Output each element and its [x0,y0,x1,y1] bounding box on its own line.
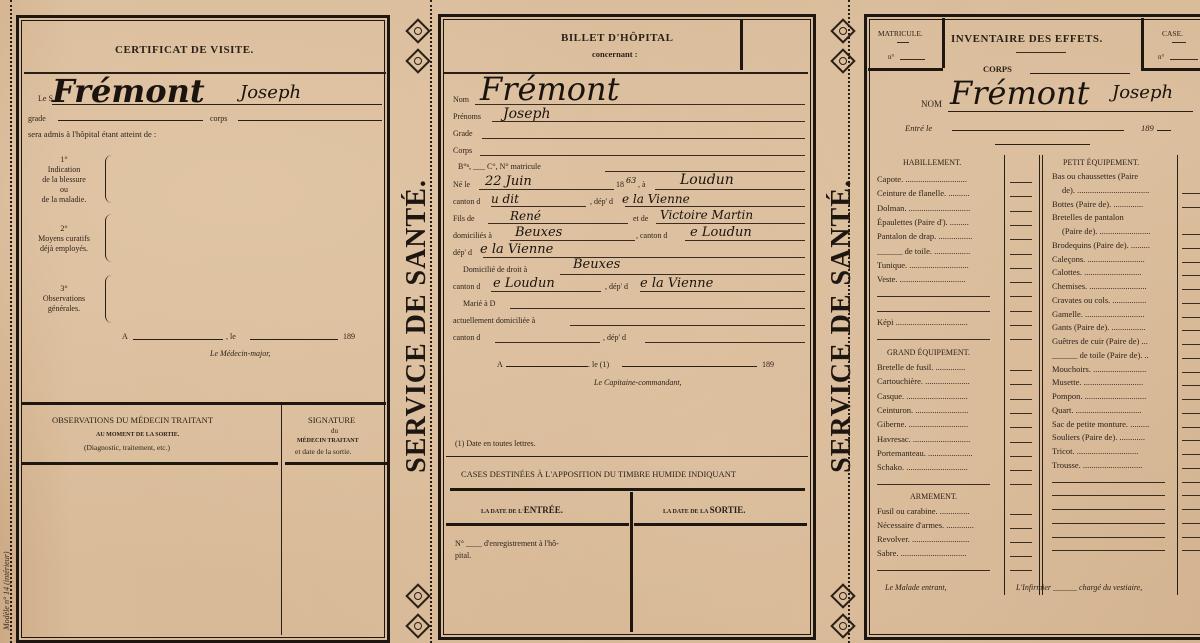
date-line [622,366,757,367]
name-line [52,104,382,105]
year-prefix: 18 [616,181,624,189]
billet-title: BILLET D'HÔPITAL [561,33,673,44]
inventory-item-label: Chemises. ........................... [1052,282,1147,291]
section-line: de la blessure [25,175,103,185]
quantity-line [1182,234,1200,235]
quantity-line [1182,289,1200,290]
corps-label: Corps [453,147,472,155]
inventory-item-label: (Paire de). ........................ [1062,227,1151,236]
canton4-line [495,342,600,343]
blank-item-line [877,311,990,312]
quantity-line [1010,384,1032,385]
domicilies-line [510,240,635,241]
section-num: 1° [25,155,103,165]
divider [446,523,629,526]
canton3-line [491,291,601,292]
ornament-icon [830,613,854,635]
quantity-line [1010,182,1032,183]
inventory-item-label: Sac de petite monture. ......... [1052,420,1149,429]
case-no: n° [1158,54,1164,61]
dept3-label: , dép' d [605,283,628,291]
divider [1141,68,1200,71]
quantity-line [1182,317,1200,318]
quantity-line [1010,399,1032,400]
inventory-item-label: Ceinturon. ......................... [877,406,968,415]
brace-1 [105,155,112,203]
inventory-item-label: Sabre. ............................... [877,549,966,558]
dept2-label: dép' d [453,249,472,257]
signature-title: SIGNATURE [308,416,355,425]
section-line: ou [25,185,103,195]
father-value: René [510,209,541,223]
quantity-line [1010,514,1032,515]
actuel-label: actuellement domiciliée à [453,317,535,325]
dept3-value: e la Vienne [640,276,713,291]
divider [1172,42,1186,43]
certificat-title: CERTIFICAT DE VISITE. [115,45,254,56]
canton4-label: canton d [453,334,480,342]
case-line [1170,59,1198,60]
matricule-no: n° [888,54,894,61]
divider [995,144,1090,145]
divider [634,523,807,526]
divider [1016,52,1066,53]
prenoms-label: Prénoms [453,113,481,121]
dept-label: , dép' d [590,198,613,206]
divider [22,462,278,465]
corps-label: corps [210,115,227,123]
blank-item-line [877,570,990,571]
matricule-label: B°ⁿ, ___ C°, N° matricule [458,163,541,171]
inventory-item-label: Musette. ............................ [1052,378,1143,387]
inventory-item-label: ______ de toile. ................. [877,247,970,256]
fils-label: Fils de [453,215,475,223]
quantity-line [1182,550,1200,551]
billet-subtitle: concernant : [592,50,638,59]
inventory-item-label: Pantalon de drap. ................ [877,232,972,241]
canton3-value: e Loudun [493,276,555,291]
inventory-item-label: Calottes. ........................... [1052,268,1141,277]
nom-value: Frémont [480,70,620,108]
matricule-line [900,59,925,60]
inventory-item-label: Schako. ............................. [877,463,968,472]
actuel-line [570,325,805,326]
signature-l2: du [331,428,338,435]
entre-line [952,130,1124,131]
nom-line [948,111,1193,112]
droit-label: Domicilié de droit à [463,266,527,274]
year-value: 63 [626,176,636,185]
et-de-label: et de [633,215,648,223]
quantity-line [1182,495,1200,496]
year-label: 189 [1141,124,1154,133]
exit-label-small: LA DATE DE LA [663,509,710,515]
case-label: CASE. [1162,30,1183,38]
inventory-item-label: Souliers (Paire de). ............ [1052,433,1145,442]
quantity-line [1010,456,1032,457]
section-num: 3° [25,284,103,294]
ornament-icon [830,48,854,70]
divider [868,68,943,71]
grade-label: grade [28,115,46,123]
observations-title: OBSERVATIONS DU MÉDECIN TRAITANT [52,416,213,425]
petit-equipement-title: PETIT ÉQUIPEMENT. [1063,159,1139,167]
quantity-line [1010,442,1032,443]
infirmier-label: L'Infirmier ______ chargé du vestiaire, [1016,584,1142,592]
divider [942,18,945,68]
section-line: déjà employés. [25,244,103,254]
blank-item-line [1052,550,1165,551]
quantity-line [1182,482,1200,483]
inventory-item-label: Nécessaire d'armes. ............. [877,521,974,530]
quantity-line [1010,570,1032,571]
section-2-label: 2° Moyens curatifs déjà employés. [25,224,103,254]
quantity-line [1010,325,1032,326]
signatory-label: Le Capitaine-commandant, [594,379,682,387]
spine-text: SERVICE DE SANTÉ. [826,74,858,579]
quantity-line [1010,296,1032,297]
inventory-item-label: Giberne. ............................ [877,420,968,429]
divider [1004,155,1005,595]
quantity-line [1182,358,1200,359]
blank-item-line [877,484,990,485]
ornament-icon [405,48,429,70]
inventaire-title: INVENTAIRE DES EFFETS. [951,34,1103,45]
inventory-item-label: Ceinture de flanelle. .......... [877,189,970,198]
quantity-line [1010,268,1032,269]
grade-line [482,138,805,139]
entre-label: Entré le [905,124,932,133]
dept2-value: e la Vienne [480,242,553,257]
inventory-item-label: Gamelle. ............................ [1052,310,1145,319]
year-label: 189 [762,361,774,369]
inventory-item-label: Cravates ou cols. ................ [1052,296,1146,305]
divider [740,20,743,70]
inventory-item-label: Dolman. ............................. [877,204,970,213]
section-line: de la maladie. [25,195,103,205]
quantity-line [1010,282,1032,283]
quantity-line [1182,372,1200,373]
quantity-line [1182,248,1200,249]
section-line: Indication [25,165,103,175]
divider [1141,18,1144,68]
matricule-label: MATRICULE. [878,30,923,38]
brace-3 [105,275,112,323]
brace-2 [105,214,112,262]
divider [446,456,808,457]
father-line [488,223,628,224]
a-label: , à [638,181,646,189]
registration-label: N° ____ d'enregistrement à l'hô- [455,540,559,548]
quantity-line [1010,339,1032,340]
section-1-label: 1° Indication de la blessure ou de la ma… [25,155,103,205]
place-prefix: A [122,333,128,341]
inventory-item-label: ______ de toile (Paire de). .. [1052,351,1149,360]
firstname-handwritten: Joseph [240,82,301,103]
divider [630,492,633,632]
quantity-line [1010,484,1032,485]
droit-value: Beuxes [573,257,620,272]
ne-line [479,189,614,190]
armement-title: ARMEMENT. [910,493,957,501]
inventory-item-label: Portemanteau. ..................... [877,449,973,458]
blank-item-line [1052,509,1165,510]
domicilies-label: domiciliés à [453,232,492,240]
footnote: (1) Date en toutes lettres. [455,440,536,448]
blank-item-line [877,339,990,340]
divider [281,405,282,635]
inventory-item-label: Casque. ............................. [877,392,968,401]
divider [1042,155,1043,595]
divider [450,488,805,491]
inventory-item-label: Épaulettes (Paire d'). ......... [877,218,969,227]
blank-item-line [1052,495,1165,496]
divider [285,462,387,465]
inventory-item-label: Gants (Paire de). ................ [1052,323,1145,332]
quantity-line [1010,413,1032,414]
divider [22,402,386,405]
dept-line [625,206,805,207]
grade-label: Grade [453,130,473,138]
fold-perforation [430,0,432,643]
nom-line [475,104,805,105]
section-line: générales. [25,304,103,314]
quantity-line [1010,196,1032,197]
quantity-line [1010,427,1032,428]
quantity-line [1010,211,1032,212]
quantity-line [1182,440,1200,441]
signature-l4: et date de la sortie. [295,448,351,456]
ornament-icon [830,583,854,605]
quantity-line [1182,262,1200,263]
observations-sub1: AU MOMENT DE LA SORTIE. [96,432,179,438]
inventory-item-label: Trousse. ............................ [1052,461,1142,470]
divider [1039,155,1040,595]
quantity-line [1182,413,1200,414]
entry-label-big: ENTRÉE. [524,505,563,515]
mother-value: Victoire Martin [660,208,753,222]
quantity-line [1010,254,1032,255]
inventory-item-label: Pompon. ............................. [1052,392,1146,401]
quantity-line [1182,468,1200,469]
droit-line [560,274,805,275]
corps-line [480,155,805,156]
corps-label: CORPS [983,65,1012,74]
dept-value: e la Vienne [622,192,690,206]
inventory-item-label: Tunique. ............................ [877,261,969,270]
admitted-label: sera admis à l'hôpital étant atteint de … [28,130,156,139]
place-line [133,339,223,340]
quantity-line [1182,399,1200,400]
year-line [1157,130,1171,131]
quantity-line [1010,225,1032,226]
divider [1177,155,1178,595]
inventory-item-label: de). .................................. [1062,186,1149,195]
quantity-line [1010,542,1032,543]
grand-equipement-title: GRAND ÉQUIPEMENT. [887,349,970,357]
section-line: Observations [25,294,103,304]
quantity-line [1182,509,1200,510]
inventory-item-label: Capote. ............................. [877,175,967,184]
canton2-line [685,240,805,241]
date-label: , le [226,333,236,341]
inventory-item-label: Bottes (Paire de). .............. [1052,200,1143,209]
quantity-line [1182,193,1200,194]
inventory-item-label: Havresac. ........................... [877,435,970,444]
section-3-label: 3° Observations générales. [25,284,103,314]
section-num: 2° [25,224,103,234]
year-label: 189 [343,333,355,341]
divider [897,42,909,43]
canton2-label: , canton d [636,232,667,240]
date-label: . le (1) [588,361,609,369]
domicilies-value: Beuxes [515,225,562,240]
inventory-item-label: Bretelle de fusil. .............. [877,363,965,372]
spine-text: SERVICE DE SANTÉ. [401,74,433,579]
registration-label2: pital. [455,552,471,560]
fold-perforation [848,0,850,643]
inventory-item-label: Veste. ............................... [877,275,966,284]
canton-line [491,206,586,207]
quantity-line [1010,556,1032,557]
entry-label-small: LA DATE DE L' [481,509,524,515]
inventory-item-label: Revolver. ........................... [877,535,969,544]
dept2-line [483,257,805,258]
ornament-icon [405,18,429,40]
entry-label: LA DATE DE L'ENTRÉE. [481,506,563,515]
malade-label: Le Malade entrant, [885,584,947,592]
canton3-label: canton d [453,283,480,291]
dept4-line [645,342,805,343]
ornament-icon [405,583,429,605]
canton2-value: e Loudun [690,225,752,240]
quantity-line [1010,239,1032,240]
blank-item-line [1052,523,1165,524]
inventory-item-label: Mouchoirs. ......................... [1052,365,1146,374]
blank-item-line [1052,537,1165,538]
quantity-line [1182,454,1200,455]
quantity-line [1010,311,1032,312]
quantity-line [1182,523,1200,524]
quantity-line [1182,344,1200,345]
quantity-line [1182,303,1200,304]
canton-label: canton d [453,198,480,206]
quantity-line [1182,385,1200,386]
ornament-icon [405,613,429,635]
quantity-line [1182,275,1200,276]
inventory-item-label: Képi .................................. [877,318,968,327]
observations-sub2: (Diagnostic, traitement, etc.) [84,444,170,452]
ne-value: 22 Juin [485,174,532,189]
inventory-item-label: Bretelles de pantalon [1052,213,1124,222]
exit-label-big: SORTIE. [710,505,746,515]
prenom-value: Joseph [1112,82,1173,103]
quantity-line [1010,528,1032,529]
signatory-label: Le Médecin-major, [210,350,270,358]
inventory-item-label: Cartouchière. ..................... [877,377,970,386]
nom-label: NOM [921,100,942,109]
spine-right: SERVICE DE SANTÉ. [822,14,862,639]
grade-line [58,120,203,121]
birthplace-value: Loudun [680,172,734,188]
quantity-line [1010,470,1032,471]
quantity-line [1010,370,1032,371]
inventory-item-label: Tricot. ............................. [1052,447,1138,456]
ornament-icon [830,18,854,40]
nom-label: Nom [453,96,469,104]
ne-label: Né le [453,181,470,189]
date-line [250,339,338,340]
canton-value: u dit [491,192,519,206]
place-prefix: A [497,361,503,369]
inventory-item-label: Brodequins (Paire de). ......... [1052,241,1150,250]
prenoms-value: Joseph [503,106,551,122]
exit-label: LA DATE DE LA SORTIE. [663,506,746,515]
inventory-item-label: Fusil ou carabine. .............. [877,507,970,516]
quantity-line [1182,207,1200,208]
quantity-line [1182,537,1200,538]
inventory-item-label: Guêtres de cuir (Paire de) ... [1052,337,1148,346]
section-line: Moyens curatifs [25,234,103,244]
quantity-line [1182,330,1200,331]
marie-label: Marié à D [463,300,495,308]
blank-item-line [877,296,990,297]
habillement-title: HABILLEMENT. [903,159,961,167]
nom-value: Frémont [950,74,1090,112]
prenoms-line [492,121,805,122]
signature-l3: MÉDECIN TRAITANT [297,438,359,444]
birthplace-line [655,189,805,190]
place-line [506,366,588,367]
dept3-line [640,291,805,292]
inventory-item-label: Caleçons. ........................... [1052,255,1145,264]
le-label: Le S [38,95,53,103]
blank-item-line [1052,482,1165,483]
inventory-item-label: Quart. ............................... [1052,406,1141,415]
inventory-item-label: Bas ou chaussettes (Paire [1052,172,1138,181]
corps-line [238,120,382,121]
quantity-line [1182,427,1200,428]
left-perforation [10,0,12,643]
mother-line [656,223,805,224]
marie-line [510,308,805,309]
stamp-title: CASES DESTINÉES À L'APPOSITION DU TIMBRE… [461,470,736,479]
dept4-label: , dép' d [603,334,626,342]
